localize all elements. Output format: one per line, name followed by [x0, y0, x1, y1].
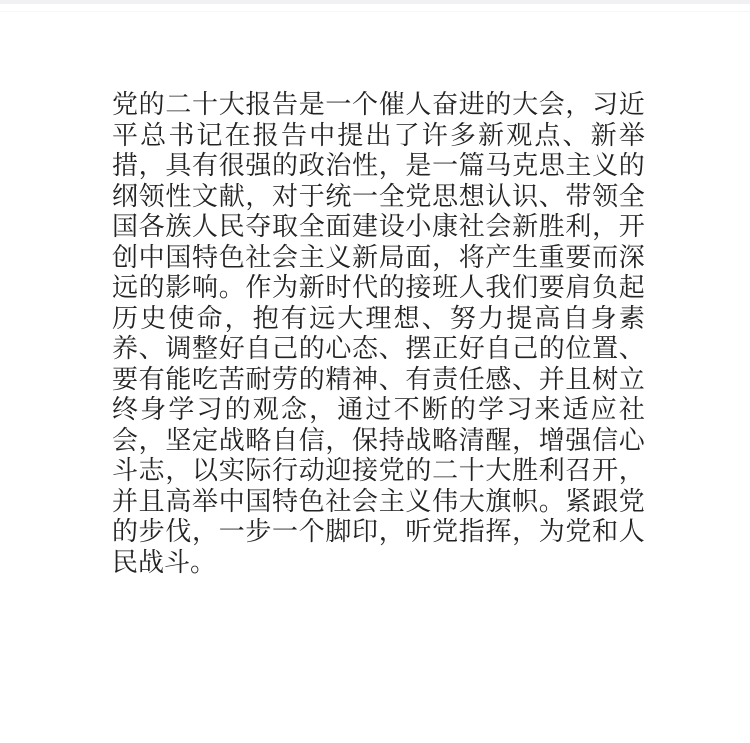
text-line: 平总书记在报告中提出了许多新观点、新举: [112, 120, 645, 151]
text-line-last: 民战斗。: [112, 547, 645, 578]
text-line: 会，坚定战略自信，保持战略清醒，增强信心: [112, 425, 645, 456]
text-line: 创中国特色社会主义新局面，将产生重要而深: [112, 242, 645, 273]
text-line: 党的二十大报告是一个催人奋进的大会，习近: [112, 89, 645, 120]
page-background: 党的二十大报告是一个催人奋进的大会，习近 平总书记在报告中提出了许多新观点、新举…: [0, 0, 750, 743]
text-line: 历史使命，抱有远大理想、努力提高自身素: [112, 303, 645, 334]
text-line: 要有能吃苦耐劳的精神、有责任感、并且树立: [112, 364, 645, 395]
text-line: 国各族人民夺取全面建设小康社会新胜利，开: [112, 211, 645, 242]
text-line: 的步伐，一步一个脚印，听党指挥，为党和人: [112, 516, 645, 547]
text-line: 措，具有很强的政治性，是一篇马克思主义的: [112, 150, 645, 181]
text-line: 远的影响。作为新时代的接班人我们要肩负起: [112, 272, 645, 303]
text-line: 终身学习的观念，通过不断的学习来适应社: [112, 394, 645, 425]
top-edge-strip: [0, 0, 750, 4]
top-edge-hairline: [0, 11, 750, 12]
text-line: 并且高举中国特色社会主义伟大旗帜。紧跟党: [112, 486, 645, 517]
paragraph-text-block: 党的二十大报告是一个催人奋进的大会，习近 平总书记在报告中提出了许多新观点、新举…: [112, 89, 645, 577]
text-line: 斗志，以实际行动迎接党的二十大胜利召开，: [112, 455, 645, 486]
text-line: 纲领性文献，对于统一全党思想认识、带领全: [112, 181, 645, 212]
text-line: 养、调整好自己的心态、摆正好自己的位置、: [112, 333, 645, 364]
